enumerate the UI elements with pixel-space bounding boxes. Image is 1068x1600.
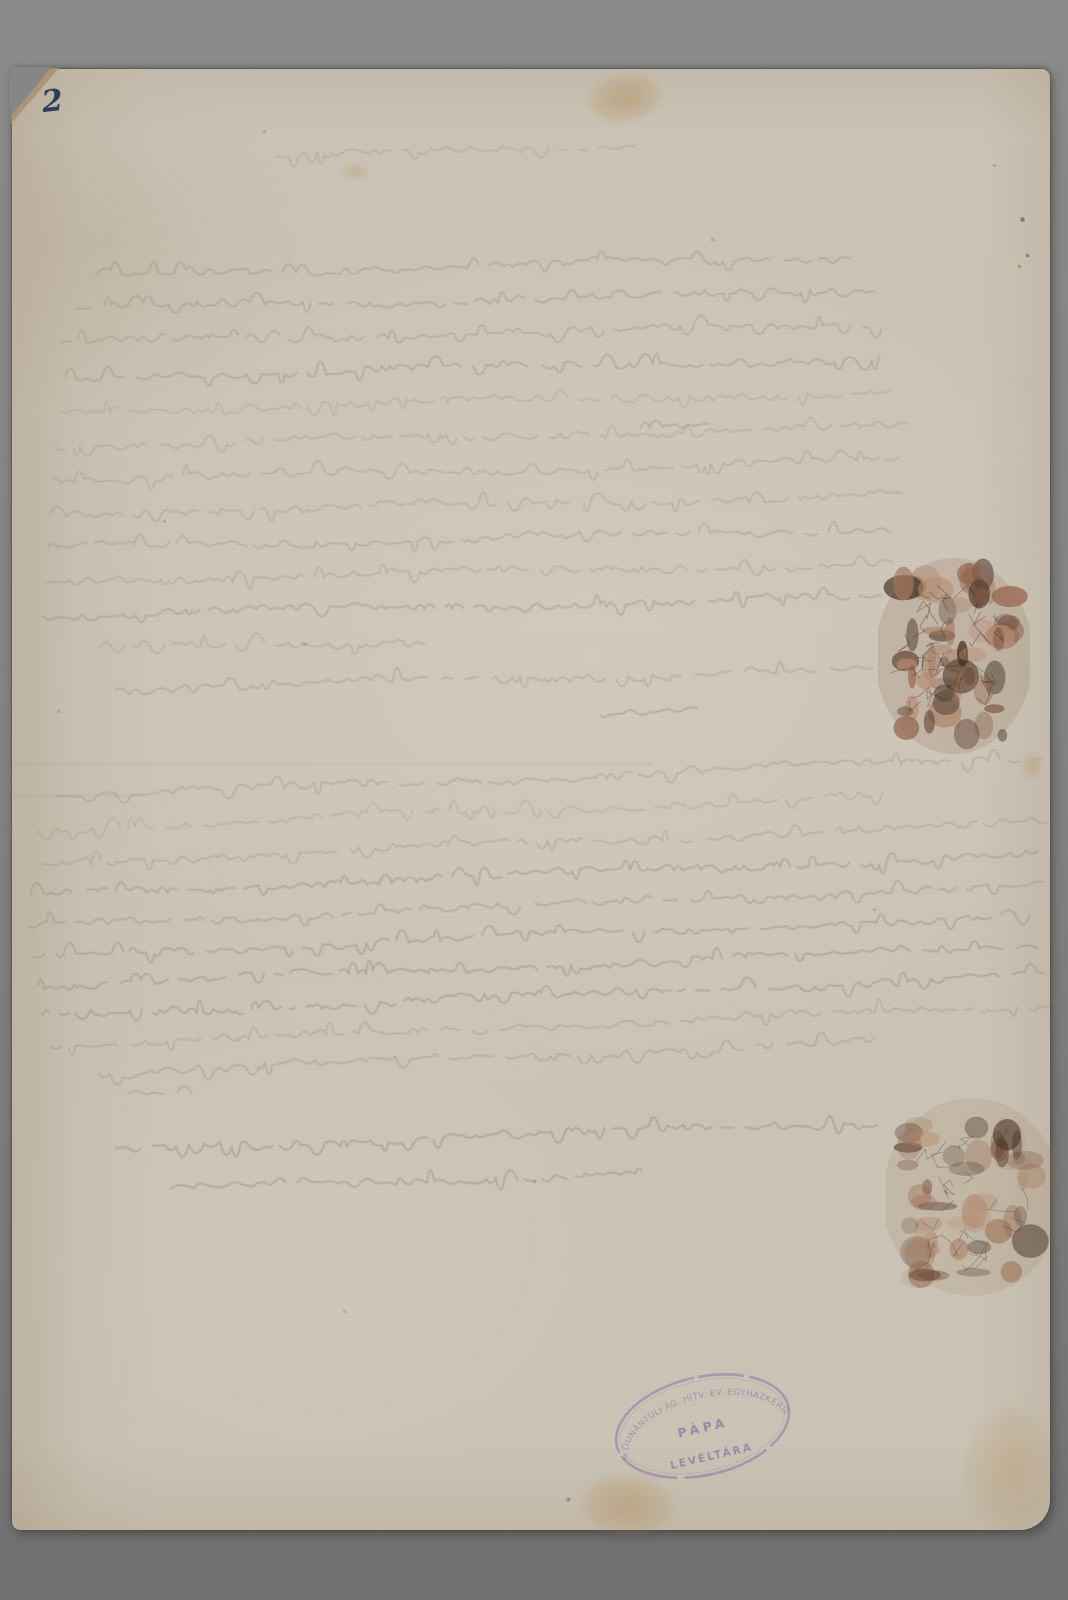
script-line (62, 311, 882, 356)
script-line (640, 419, 710, 429)
wax-seal-lower (886, 1098, 1058, 1296)
fold-crease (12, 763, 652, 765)
script-line (42, 586, 883, 628)
script-line (128, 1086, 192, 1097)
scan-stage: A DUNÁNTÚLI ÁG. HITV. EV. EGYHÁZKERÜLET … (0, 0, 1068, 1600)
script-line (27, 872, 1043, 937)
script-line (38, 933, 1044, 997)
corner-dogear-cut (10, 67, 52, 117)
fold-crease-left (12, 795, 142, 797)
handwriting-bleedthrough (12, 69, 1050, 1530)
script-line (55, 416, 908, 457)
script-line (60, 383, 892, 422)
script-line (42, 812, 1050, 875)
script-line (65, 346, 886, 389)
script-line (48, 518, 898, 560)
script-line (42, 963, 1046, 1029)
stamp-bottom-label: LEVÉLTÁRA (669, 1440, 754, 1472)
script-line (115, 654, 883, 701)
wax-seal-upper (878, 558, 1030, 754)
letter-page: A DUNÁNTÚLI ÁG. HITV. EV. EGYHÁZKERÜLET … (12, 69, 1050, 1530)
script-line (75, 279, 876, 319)
script-line (52, 448, 901, 493)
script-block-dateline (275, 139, 636, 167)
stamp-center-label: PÁPA (676, 1414, 729, 1440)
script-line (100, 630, 431, 661)
script-block-postscript-1 (115, 654, 883, 717)
script-block-paragraph-1 (42, 245, 908, 660)
script-line (55, 746, 1043, 809)
script-line (33, 904, 1031, 968)
script-line (600, 707, 708, 717)
script-line (30, 843, 1039, 908)
script-line (49, 992, 1050, 1056)
script-line (275, 139, 636, 167)
script-line (170, 1163, 643, 1202)
script-block-postscript-2 (115, 1109, 878, 1201)
script-line (95, 245, 858, 284)
script-line (45, 553, 894, 594)
script-line (50, 483, 903, 527)
script-block-paragraph-2 (27, 746, 1050, 1097)
script-line (115, 1109, 878, 1162)
